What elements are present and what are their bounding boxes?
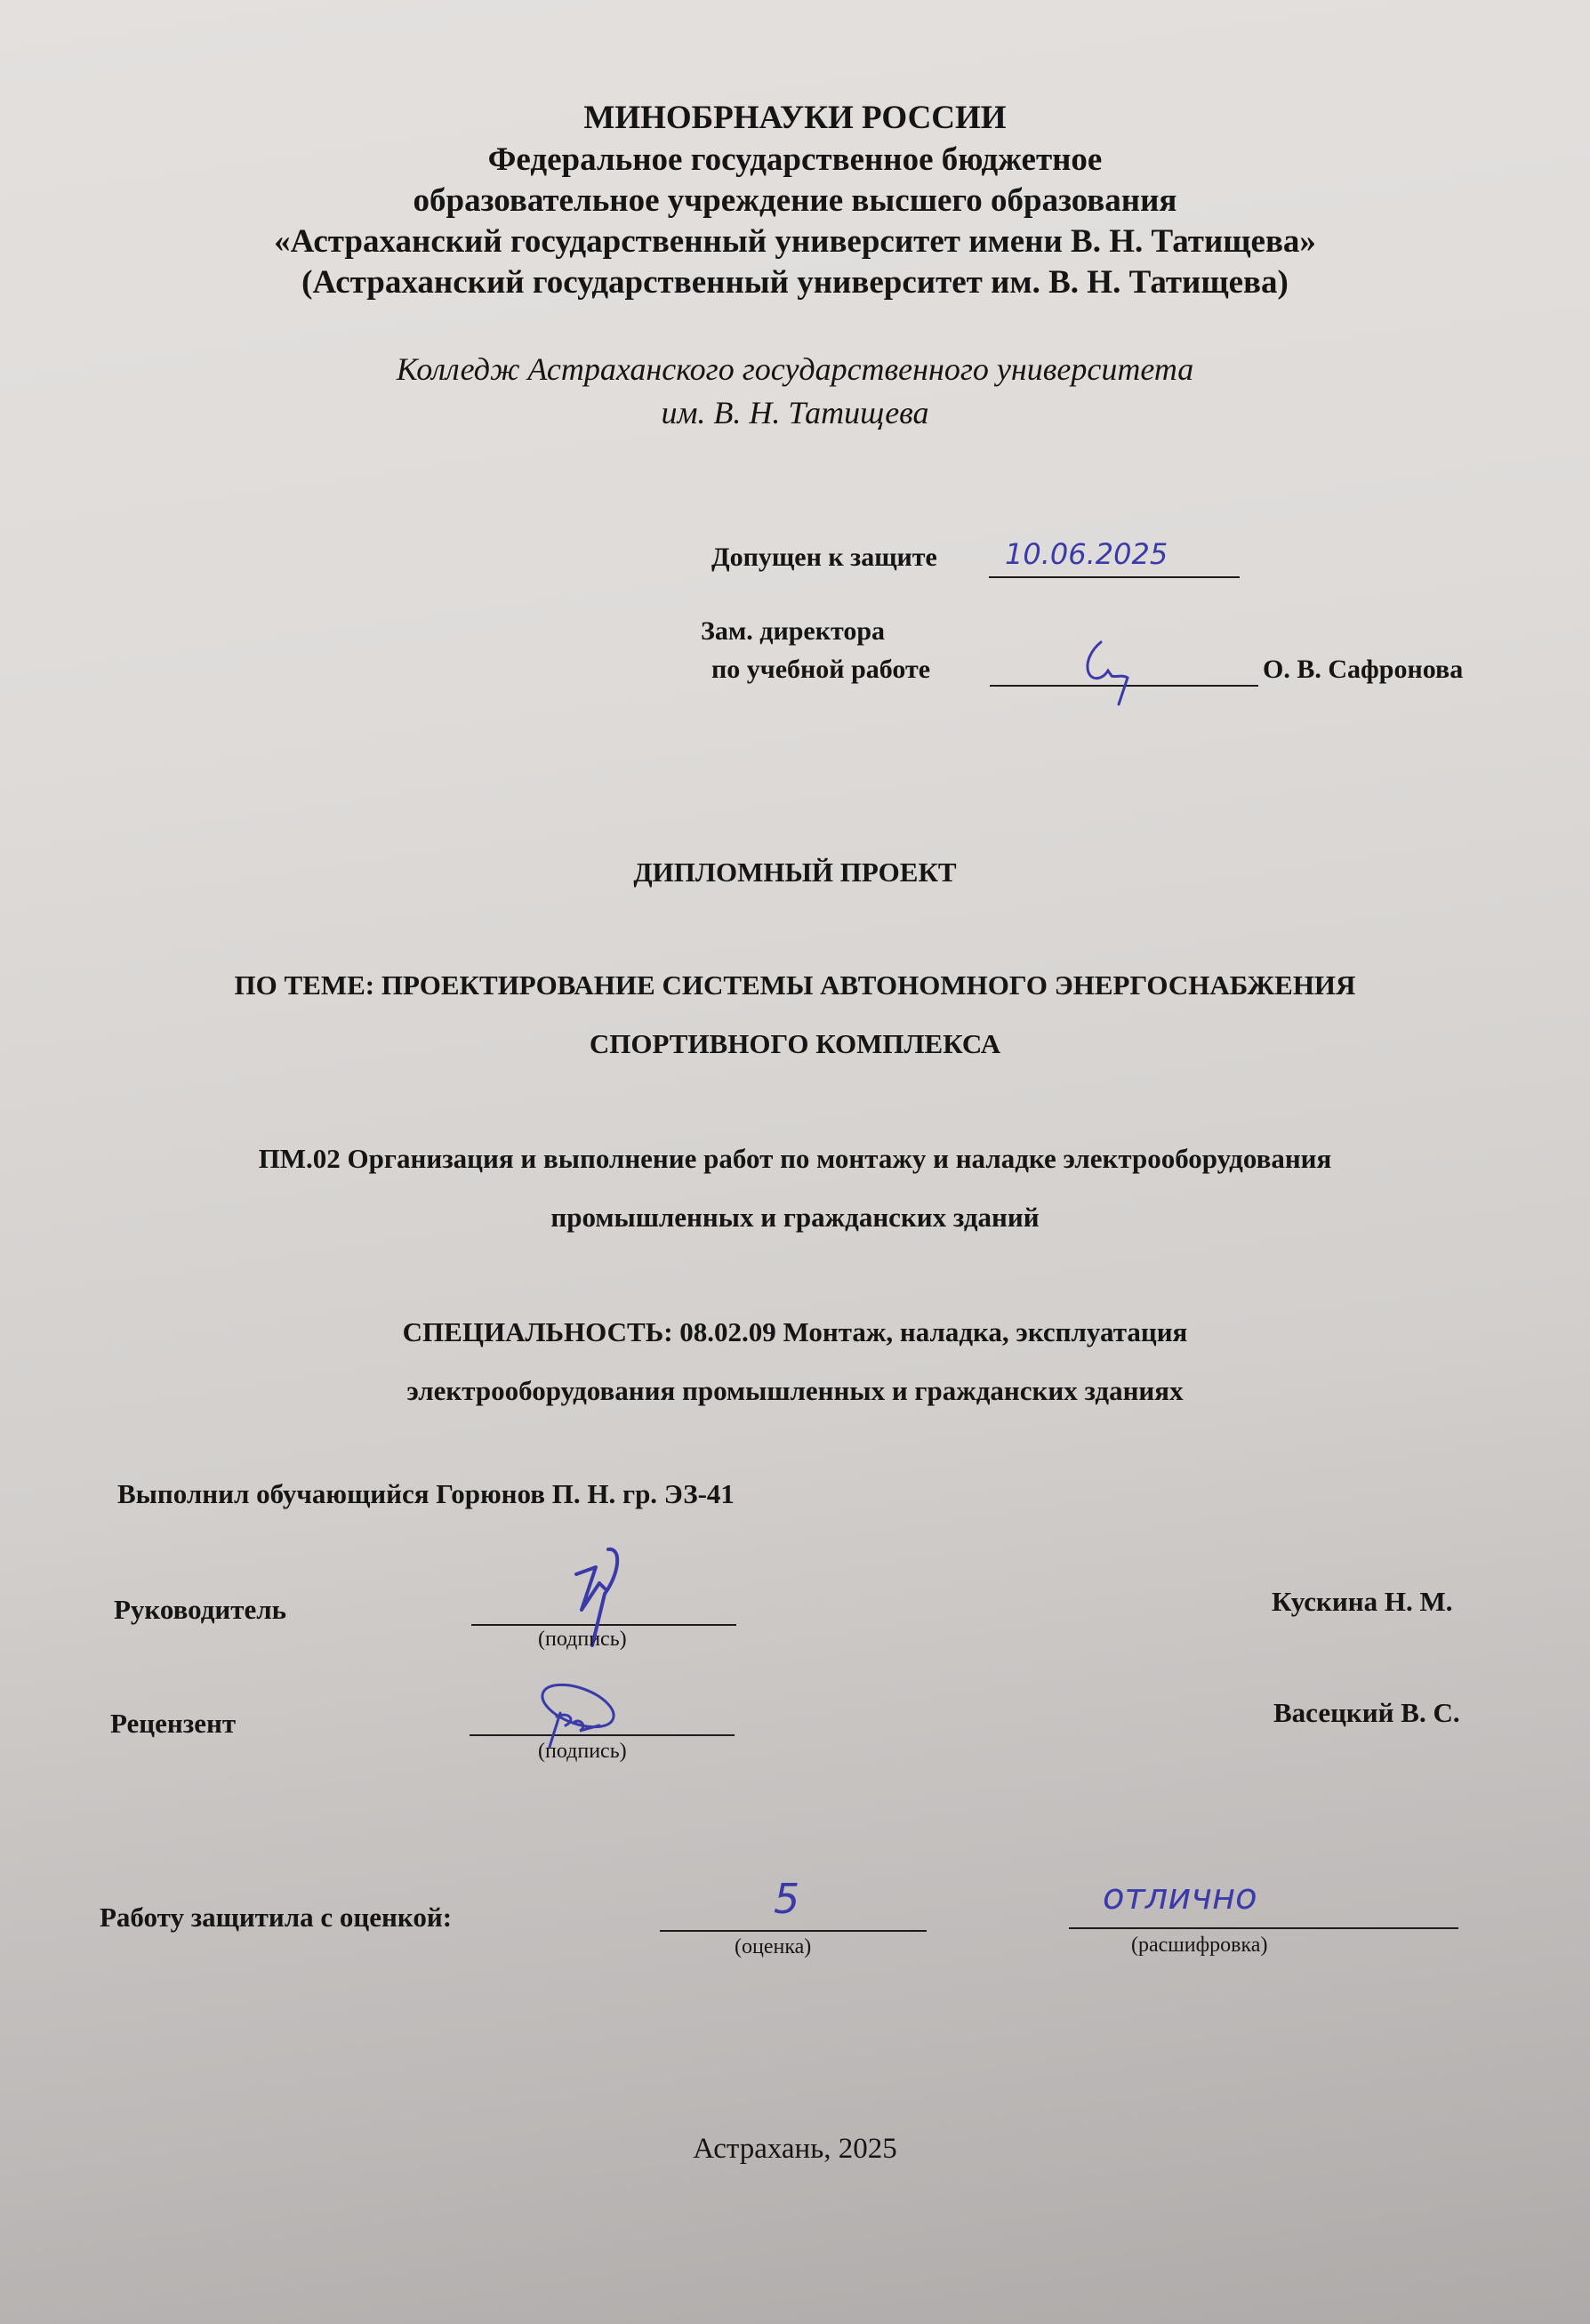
institution-line-3: «Астраханский государственный университе… bbox=[0, 221, 1590, 261]
ministry-heading: МИНОБРНАУКИ РОССИИ bbox=[0, 98, 1590, 138]
specialty-line-1: СПЕЦИАЛЬНОСТЬ: 08.02.09 Монтаж, наладка,… bbox=[0, 1316, 1590, 1348]
reviewer-label: Рецензент bbox=[110, 1708, 236, 1740]
performed-by: Выполнил обучающийся Горюнов П. Н. гр. Э… bbox=[117, 1478, 735, 1510]
institution-line-2: образовательное учреждение высшего образ… bbox=[0, 181, 1590, 221]
grade-text-caption: (расшифровка) bbox=[1131, 1934, 1267, 1958]
grade-caption: (оценка) bbox=[735, 1935, 811, 1959]
topic-line-1: ПО ТЕМЕ: ПРОЕКТИРОВАНИЕ СИСТЕМЫ АВТОНОМН… bbox=[0, 969, 1590, 1001]
supervisor-signature-caption: (подпись) bbox=[538, 1628, 627, 1652]
grade-text-line bbox=[1069, 1927, 1458, 1929]
reviewer-name: Васецкий В. С. bbox=[1273, 1697, 1460, 1729]
supervisor-label: Руководитель bbox=[114, 1594, 286, 1626]
grade-line bbox=[660, 1930, 927, 1932]
reviewer-signature-caption: (подпись) bbox=[538, 1740, 627, 1764]
admitted-label: Допущен к защите bbox=[711, 543, 937, 573]
deputy-name: О. В. Сафронова bbox=[1263, 655, 1463, 685]
module-line-1: ПМ.02 Организация и выполнение работ по … bbox=[0, 1143, 1590, 1175]
admitted-date-handwritten: 10.06.2025 bbox=[1005, 537, 1168, 571]
college-line-2: им. В. Н. Татищева bbox=[0, 391, 1590, 434]
grade-handwritten: 5 bbox=[774, 1875, 799, 1923]
admitted-date-line bbox=[989, 576, 1240, 578]
specialty-line-2: электрооборудования промышленных и гражд… bbox=[0, 1375, 1590, 1407]
city-year: Астрахань, 2025 bbox=[0, 2133, 1590, 2166]
deputy-signature-icon bbox=[1076, 639, 1147, 710]
deputy-label-line-1: Зам. директора bbox=[701, 616, 885, 647]
module-line-2: промышленных и гражданских зданий bbox=[0, 1202, 1590, 1234]
deputy-label-line-2: по учебной работе bbox=[711, 655, 930, 685]
institution-line-1: Федеральное государственное бюджетное bbox=[0, 140, 1590, 180]
defense-label: Работу защитила с оценкой: bbox=[100, 1902, 452, 1934]
supervisor-name: Кускина Н. М. bbox=[1272, 1586, 1452, 1618]
grade-text-handwritten: отлично bbox=[1103, 1877, 1257, 1918]
document-type: ДИПЛОМНЫЙ ПРОЕКТ bbox=[0, 856, 1590, 889]
institution-line-4: (Астраханский государственный университе… bbox=[0, 262, 1590, 302]
topic-line-2: СПОРТИВНОГО КОМПЛЕКСА bbox=[0, 1028, 1590, 1060]
college-line-1: Колледж Астраханского государственного у… bbox=[0, 348, 1590, 390]
